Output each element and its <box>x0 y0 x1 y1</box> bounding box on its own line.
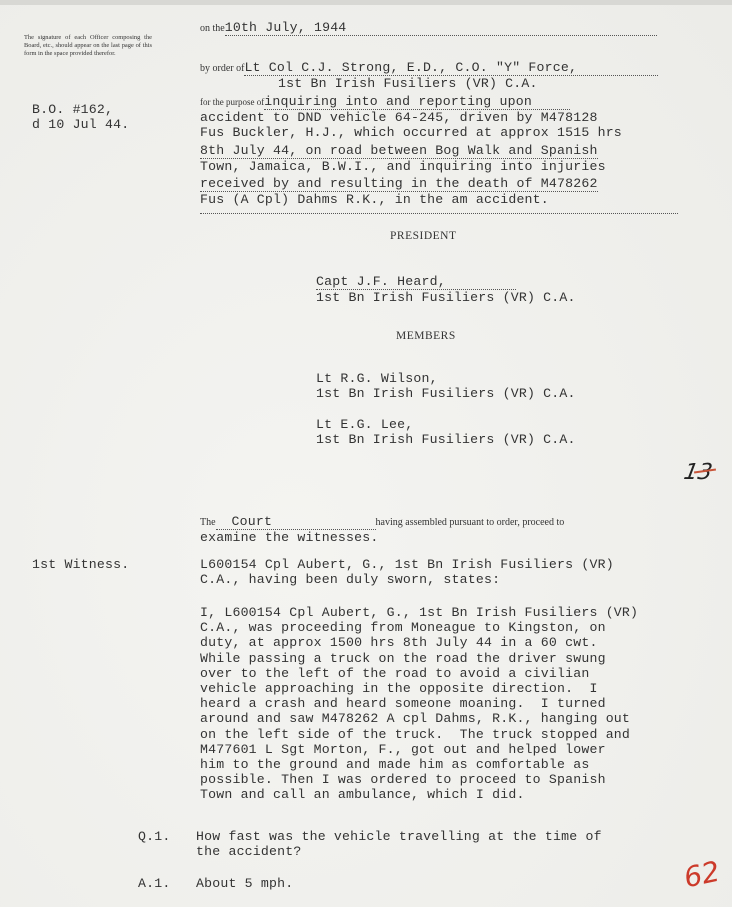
question-text: How fast was the vehicle travelling at t… <box>196 829 696 859</box>
witness-intro-line: L600154 Cpl Aubert, G., 1st Bn Irish Fus… <box>200 557 700 572</box>
witness-intro: L600154 Cpl Aubert, G., 1st Bn Irish Fus… <box>200 557 700 587</box>
president-heading: PRESIDENT <box>390 230 456 242</box>
court-block: TheCourthaving assembled pursuant to ord… <box>200 512 690 545</box>
member-unit: 1st Bn Irish Fusiliers (VR) C.A. <box>316 386 576 401</box>
date-line: on the10th July, 1944 <box>200 18 678 36</box>
purpose-line: accident to DND vehicle 64-245, driven b… <box>200 110 690 125</box>
date-value: 10th July, 1944 <box>225 20 657 36</box>
answer-text: About 5 mph. <box>196 876 293 891</box>
order-label: by order of <box>200 63 244 74</box>
statement-line: duty, at approx 1500 hrs 8th July 44 in … <box>200 635 710 650</box>
court-line-2: examine the witnesses. <box>200 530 690 545</box>
statement-line: While passing a truck on the road the dr… <box>200 651 710 666</box>
answer-label: A.1. <box>138 876 170 891</box>
member-name: Lt E.G. Lee, <box>316 417 576 432</box>
witness-intro-line: C.A., having been duly sworn, states: <box>200 572 700 587</box>
court-label-the: The <box>200 517 216 528</box>
witness-statement: I, L600154 Cpl Aubert, G., 1st Bn Irish … <box>200 605 710 803</box>
statement-line: around and saw M478262 A cpl Dahms, R.K.… <box>200 711 710 726</box>
court-value: Court <box>216 514 376 530</box>
statement-line: heard a crash and heard someone moaning.… <box>200 696 710 711</box>
member-item: Lt R.G. Wilson, 1st Bn Irish Fusiliers (… <box>316 371 576 401</box>
member-item: Lt E.G. Lee, 1st Bn Irish Fusiliers (VR)… <box>316 417 576 447</box>
purpose-label: for the purpose of <box>200 97 264 107</box>
president-name: Capt J.F. Heard, <box>316 274 516 290</box>
margin-note: The signature of each Officer composing … <box>24 34 152 58</box>
document-page: The signature of each Officer composing … <box>0 0 732 907</box>
member-unit: 1st Bn Irish Fusiliers (VR) C.A. <box>316 432 576 447</box>
scan-top-edge <box>0 0 732 5</box>
statement-line: Town and call an ambulance, which I did. <box>200 787 710 802</box>
handwritten-folio-number: 62 <box>681 855 723 895</box>
court-label-rest: having assembled pursuant to order, proc… <box>376 517 565 528</box>
question-label: Q.1. <box>138 829 170 844</box>
statement-line: C.A., was proceeding from Moneague to Ki… <box>200 620 710 635</box>
purpose-end-rule <box>200 213 678 214</box>
purpose-block: for the purpose ofinquiring into and rep… <box>200 92 690 207</box>
statement-line: him to the ground and made him as comfor… <box>200 757 710 772</box>
purpose-line: Fus Buckler, H.J., which occurred at app… <box>200 125 690 140</box>
members-heading: MEMBERS <box>396 330 456 342</box>
statement-line: vehicle approaching in the opposite dire… <box>200 681 710 696</box>
statement-line: M477601 L Sgt Morton, F., got out and he… <box>200 742 710 757</box>
statement-line: I, L600154 Cpl Aubert, G., 1st Bn Irish … <box>200 605 710 620</box>
statement-line: possible. Then I was ordered to proceed … <box>200 772 710 787</box>
statement-line: on the left side of the truck. The truck… <box>200 727 710 742</box>
purpose-line: inquiring into and reporting upon <box>264 94 570 110</box>
witness-label: 1st Witness. <box>32 557 129 572</box>
purpose-line: 8th July 44, on road between Bog Walk an… <box>200 143 598 159</box>
board-order-ref: B.O. #162, d 10 Jul 44. <box>32 102 129 132</box>
purpose-line: Town, Jamaica, B.W.I., and inquiring int… <box>200 159 690 174</box>
statement-line: over to the left of the road to avoid a … <box>200 666 710 681</box>
president-block: Capt J.F. Heard, 1st Bn Irish Fusiliers … <box>316 272 576 305</box>
question-line: the accident? <box>196 844 696 859</box>
purpose-line: Fus (A Cpl) Dahms R.K., in the am accide… <box>200 192 690 207</box>
date-label: on the <box>200 23 225 34</box>
order-line-2: 1st Bn Irish Fusiliers (VR) C.A. <box>200 76 680 91</box>
order-block: by order ofLt Col C.J. Strong, E.D., C.O… <box>200 58 680 91</box>
order-line-1: Lt Col C.J. Strong, E.D., C.O. "Y" Force… <box>244 60 658 76</box>
purpose-line: received by and resulting in the death o… <box>200 176 598 192</box>
president-unit: 1st Bn Irish Fusiliers (VR) C.A. <box>316 290 576 305</box>
member-name: Lt R.G. Wilson, <box>316 371 576 386</box>
board-order-number: B.O. #162, <box>32 102 129 117</box>
board-order-date: d 10 Jul 44. <box>32 117 129 132</box>
question-line: How fast was the vehicle travelling at t… <box>196 829 696 844</box>
